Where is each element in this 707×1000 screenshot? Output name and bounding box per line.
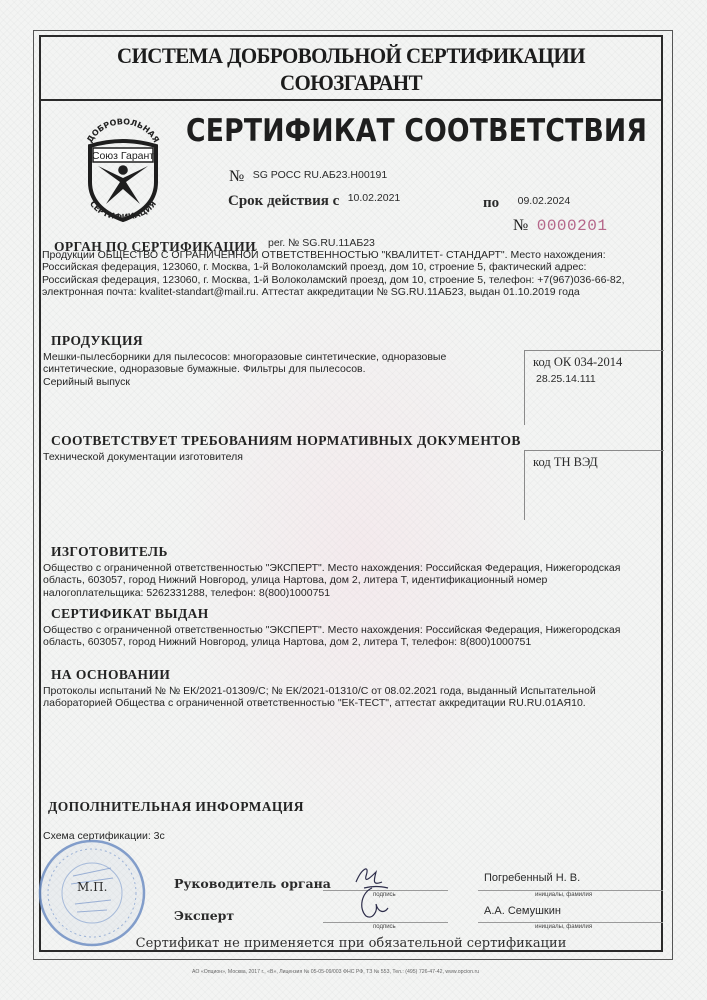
expert-label: Эксперт (174, 908, 234, 923)
text-line: Мешки-пылесборники для пылесосов: многор… (43, 351, 483, 363)
number-sign: № (229, 168, 244, 185)
printer-imprint: АО «Опцион», Москва, 2017 г., «В», Лицен… (192, 969, 479, 975)
valid-from-date: 10.02.2021 (348, 192, 401, 204)
head-of-body-label: Руководитель органа (174, 876, 331, 891)
manufacturer-heading: ИЗГОТОВИТЕЛЬ (51, 544, 168, 560)
issued-to-heading: СЕРТИФИКАТ ВЫДАН (51, 606, 209, 622)
text-line: Протоколы испытаний № № ЕК/2021-01309/С;… (43, 685, 673, 697)
header-divider (39, 99, 663, 101)
requirements-text: Технической документации изготовителя (43, 451, 243, 463)
text-line: лабораторией Общества с ограниченной отв… (43, 697, 673, 709)
basis-heading: НА ОСНОВАНИИ (51, 667, 170, 683)
valid-to-label: по (483, 195, 499, 211)
text-line: Серийный выпуск (43, 376, 483, 388)
issued-to-details: Общество с ограниченной ответственностью… (43, 624, 673, 649)
text-line: синтетические, одноразовые бумажные. Фил… (43, 363, 483, 375)
tnved-code-box: код ТН ВЭД (524, 450, 664, 520)
expert-name-line (478, 922, 663, 923)
head-of-body-name: Погребенный Н. В. (484, 872, 580, 884)
product-description: Мешки-пылесборники для пылесосов: многор… (43, 351, 483, 388)
soyuzgarant-shield-logo-icon: ДОБРОВОЛЬНАЯ Союз Гарант СЕРТИФИКАЦИЯ (82, 112, 164, 230)
head-name-line (478, 890, 663, 891)
text-line: электронная почта: kvalitet-standart@mai… (42, 286, 662, 298)
text-line: Продукции ОБЩЕСТВО С ОГРАНИЧЕННОЙ ОТВЕТС… (42, 249, 662, 261)
additional-info-heading: ДОПОЛНИТЕЛЬНАЯ ИНФОРМАЦИЯ (48, 799, 304, 815)
blank-number-row: № 0000201 (513, 217, 607, 235)
requirements-heading: СООТВЕТСТВУЕТ ТРЕБОВАНИЯМ НОРМАТИВНЫХ ДО… (51, 433, 521, 449)
expert-name: А.А. Семушкин (484, 905, 561, 917)
expert-signature-line (323, 922, 448, 923)
certificate-title: СЕРТИФИКАТ СООТВЕТСТВИЯ (186, 113, 599, 149)
stamp-place-label: М.П. (77, 880, 107, 894)
text-line: Российская федерация, 123060, г. Москва,… (42, 261, 662, 273)
validity-row: Срок действия с 10.02.2021 (228, 192, 400, 210)
certificate-number-row: № SG РОСС RU.АБ23.Н00191 (229, 168, 387, 186)
system-title-line2: СОЮЗГАРАНТ (61, 69, 641, 96)
valid-to-row: по 09.02.2024 (483, 194, 570, 212)
okpd-code-box: код ОК 034-2014 28.25.14.111 (524, 350, 664, 425)
voluntary-only-note: Сертификат не применяется при обязательн… (39, 936, 663, 951)
certification-system-title: СИСТЕМА ДОБРОВОЛЬНОЙ СЕРТИФИКАЦИИ СОЮЗГА… (61, 42, 641, 96)
text-line: область, 603057, город Нижний Новгород, … (43, 636, 673, 648)
okpd-code-label: код ОК 034-2014 (533, 355, 622, 370)
svg-text:Союз Гарант: Союз Гарант (92, 150, 154, 162)
certification-body-details: Продукции ОБЩЕСТВО С ОГРАНИЧЕННОЙ ОТВЕТС… (42, 249, 662, 299)
product-heading: ПРОДУКЦИЯ (51, 333, 143, 349)
text-line: область, 603057, город Нижний Новгород, … (43, 574, 673, 586)
text-line: Общество с ограниченной ответственностью… (43, 624, 673, 636)
basis-details: Протоколы испытаний № № ЕК/2021-01309/С;… (43, 685, 673, 710)
okpd-code-value: 28.25.14.111 (536, 373, 596, 385)
tnved-code-label: код ТН ВЭД (533, 455, 598, 470)
text-line: Российская федерация, 123060, г. Москва,… (42, 274, 662, 286)
text-line: налогоплательщика: 5262331288, телефон: … (43, 587, 673, 599)
blank-number-sign: № (513, 217, 528, 234)
expert-signature-icon (354, 884, 394, 922)
blank-number: 0000201 (537, 217, 608, 235)
system-title-line1: СИСТЕМА ДОБРОВОЛЬНОЙ СЕРТИФИКАЦИИ (61, 42, 641, 69)
manufacturer-details: Общество с ограниченной ответственностью… (43, 562, 673, 599)
validity-label: Срок действия с (228, 193, 339, 209)
expert-signature-caption: подпись (373, 924, 396, 930)
certificate-number: SG РОСС RU.АБ23.Н00191 (253, 169, 387, 181)
expert-name-caption: инициалы, фамилия (535, 924, 592, 930)
head-name-caption: инициалы, фамилия (535, 892, 592, 898)
certification-body-reg-number: рег. № SG.RU.11АБ23 (268, 237, 375, 249)
text-line: Общество с ограниченной ответственностью… (43, 562, 673, 574)
valid-to-date: 09.02.2024 (518, 195, 571, 207)
